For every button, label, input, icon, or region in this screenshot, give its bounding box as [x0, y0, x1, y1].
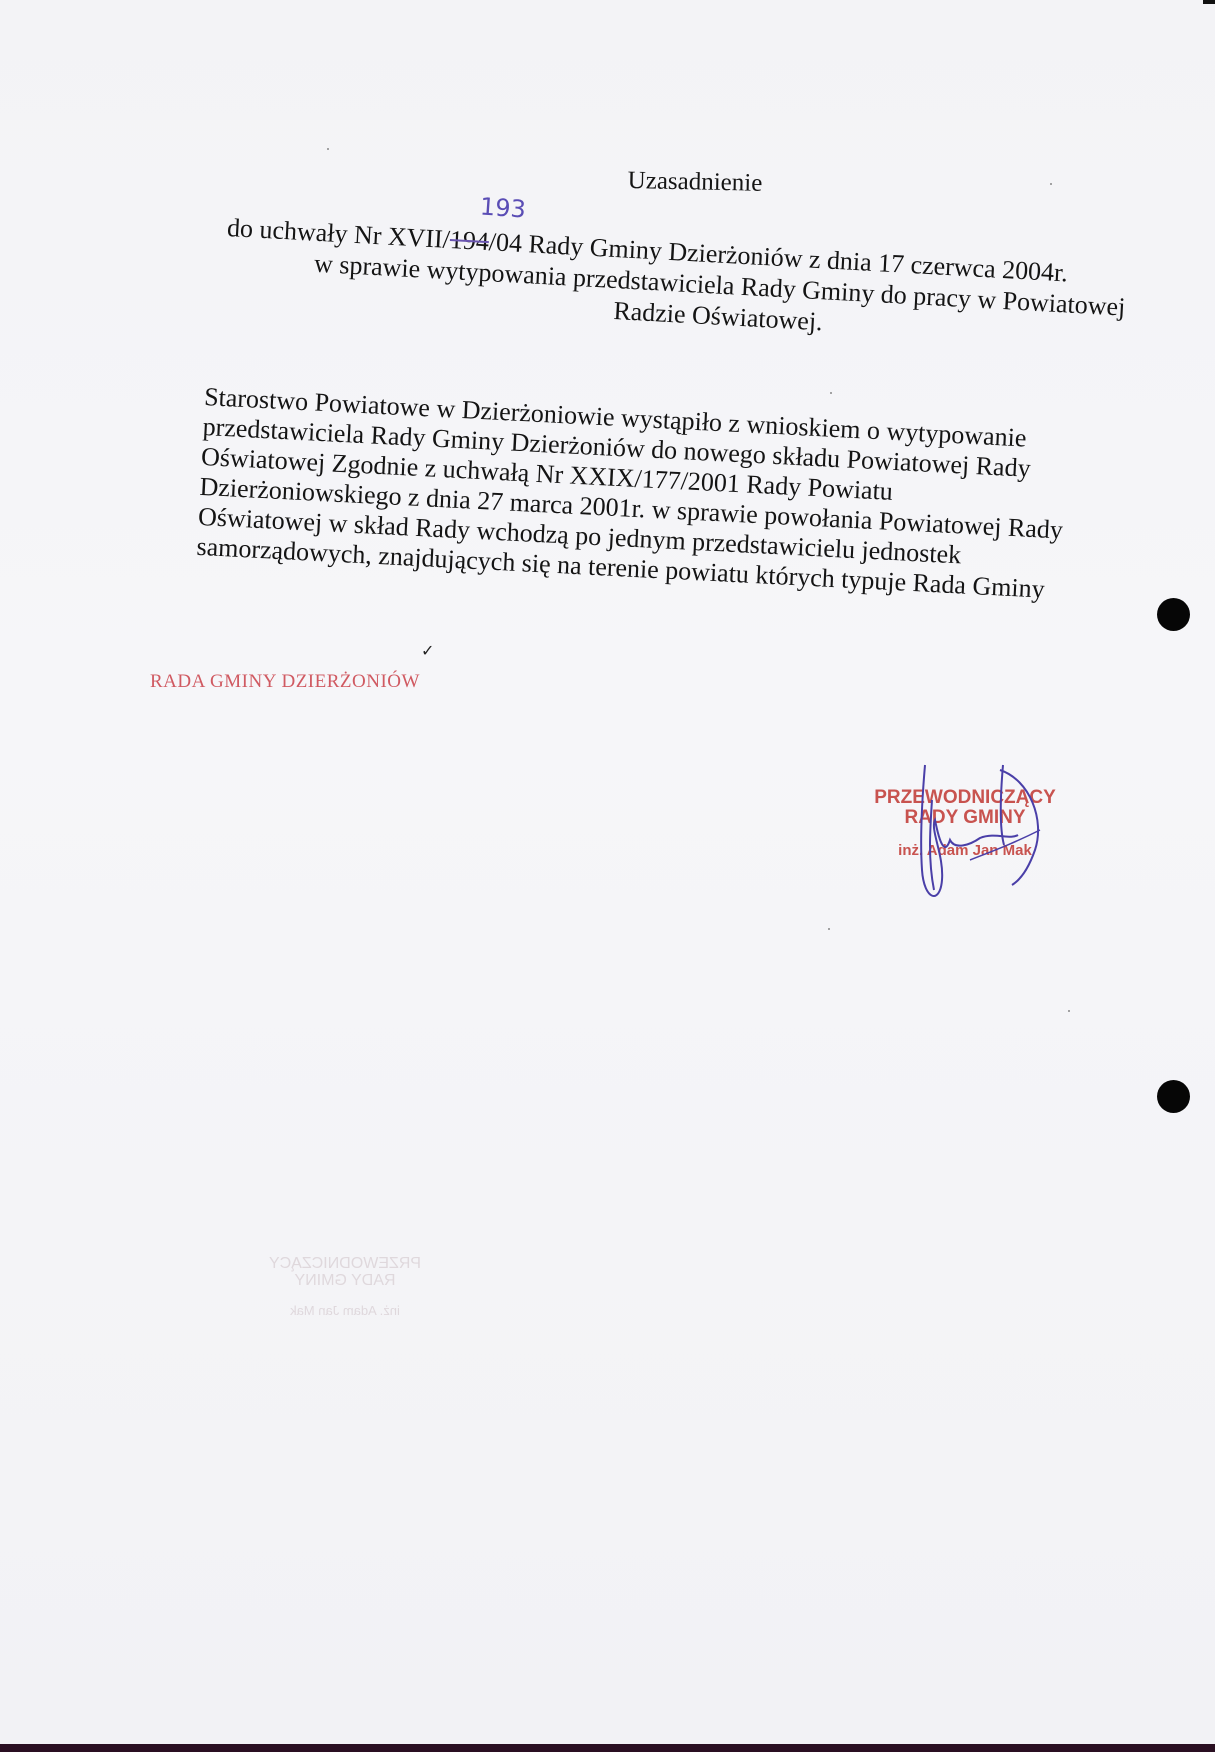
- pen-mark-icon: ✓: [421, 641, 434, 661]
- ghost-role-line-2: RADY GMINY: [230, 1272, 460, 1289]
- struck-number: 194: [449, 225, 490, 256]
- scan-speck: [828, 928, 830, 930]
- scan-edge-corner: [1203, 0, 1215, 4]
- ghost-role-line-1: PRZEWODNICZĄCY: [230, 1255, 460, 1272]
- punch-hole: [1157, 598, 1190, 631]
- scan-speck: [830, 392, 832, 394]
- council-stamp: RADA GMINY DZIERŻONIÓW: [150, 671, 420, 693]
- signature-icon: [900, 760, 1060, 910]
- handwritten-correction: 193: [479, 192, 527, 223]
- punch-hole: [1157, 1080, 1190, 1113]
- scan-bottom-edge: [0, 1744, 1215, 1752]
- scan-speck: [1068, 1010, 1070, 1012]
- ghost-name: inż. Adam Jan Mak: [230, 1303, 460, 1318]
- document-title: Uzasadnienie: [627, 167, 762, 198]
- bleed-through-stamp: PRZEWODNICZĄCY RADY GMINY inż. Adam Jan …: [230, 1255, 460, 1318]
- scan-speck: [327, 148, 329, 150]
- scan-speck: [1050, 183, 1052, 185]
